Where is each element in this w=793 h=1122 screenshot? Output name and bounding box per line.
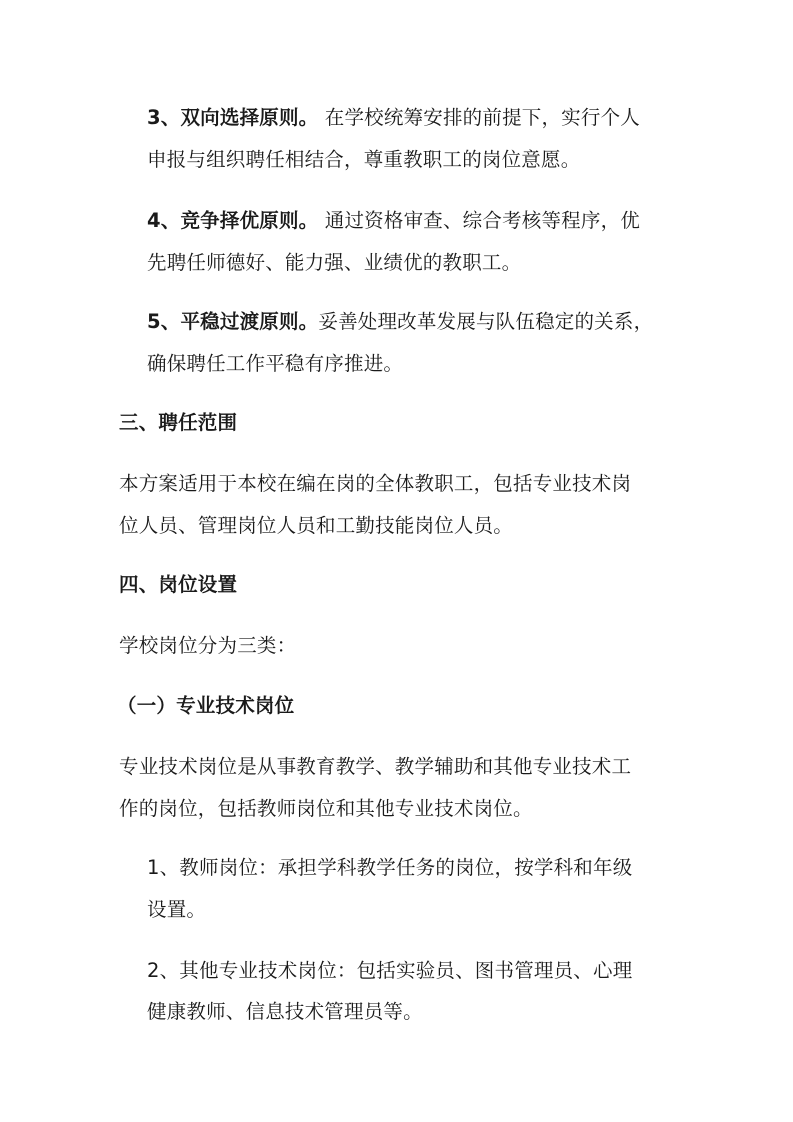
section-4-heading: 四、岗位设置 xyxy=(119,573,237,597)
principle-5-text: 妥善处理改革发展与队伍稳定的关系， xyxy=(318,310,653,333)
subsection-1-heading: （一）专业技术岗位 xyxy=(117,694,294,718)
subsection-1-para-line1: 专业技术岗位是从事教育教学、教学辅助和其他专业技术工 xyxy=(119,755,631,779)
principle-3-line1: 3、双向选择原则。 在学校统筹安排的前提下，实行个人 xyxy=(147,106,640,130)
section-3-para-line2: 位人员、管理岗位人员和工勤技能岗位人员。 xyxy=(119,514,513,538)
principle-3-line2: 申报与组织聘任相结合，尊重教职工的岗位意愿。 xyxy=(147,148,580,172)
principle-5-line2: 确保聘任工作平稳有序推进。 xyxy=(147,352,403,376)
principle-4-line2: 先聘任师德好、能力强、业绩优的教职工。 xyxy=(147,251,521,275)
item-1-line2: 设置。 xyxy=(147,898,206,922)
principle-4-text: 通过资格审查、综合考核等程序，优 xyxy=(318,209,640,232)
document-page: 3、双向选择原则。 在学校统筹安排的前提下，实行个人 申报与组织聘任相结合，尊重… xyxy=(0,0,793,1122)
section-4-intro: 学校岗位分为三类： xyxy=(119,634,296,658)
item-2-line1: 2、其他专业技术岗位：包括实验员、图书管理员、心理 xyxy=(147,959,632,983)
item-2-line2: 健康教师、信息技术管理员等。 xyxy=(147,1000,423,1024)
principle-4-title: 4、竞争择优原则。 xyxy=(147,209,318,232)
principle-5-line1: 5、平稳过渡原则。妥善处理改革发展与队伍稳定的关系， xyxy=(147,310,653,334)
principle-4-line1: 4、竞争择优原则。 通过资格审查、综合考核等程序，优 xyxy=(147,209,640,233)
item-1-line1: 1、教师岗位：承担学科教学任务的岗位，按学科和年级 xyxy=(147,856,632,880)
section-3-heading: 三、聘任范围 xyxy=(119,411,237,435)
principle-3-text: 在学校统筹安排的前提下，实行个人 xyxy=(318,106,640,129)
section-3-para-line1: 本方案适用于本校在编在岗的全体教职工，包括专业技术岗 xyxy=(119,472,631,496)
subsection-1-para-line2: 作的岗位，包括教师岗位和其他专业技术岗位。 xyxy=(119,797,533,821)
principle-5-title: 5、平稳过渡原则。 xyxy=(147,310,318,333)
principle-3-title: 3、双向选择原则。 xyxy=(147,106,318,129)
